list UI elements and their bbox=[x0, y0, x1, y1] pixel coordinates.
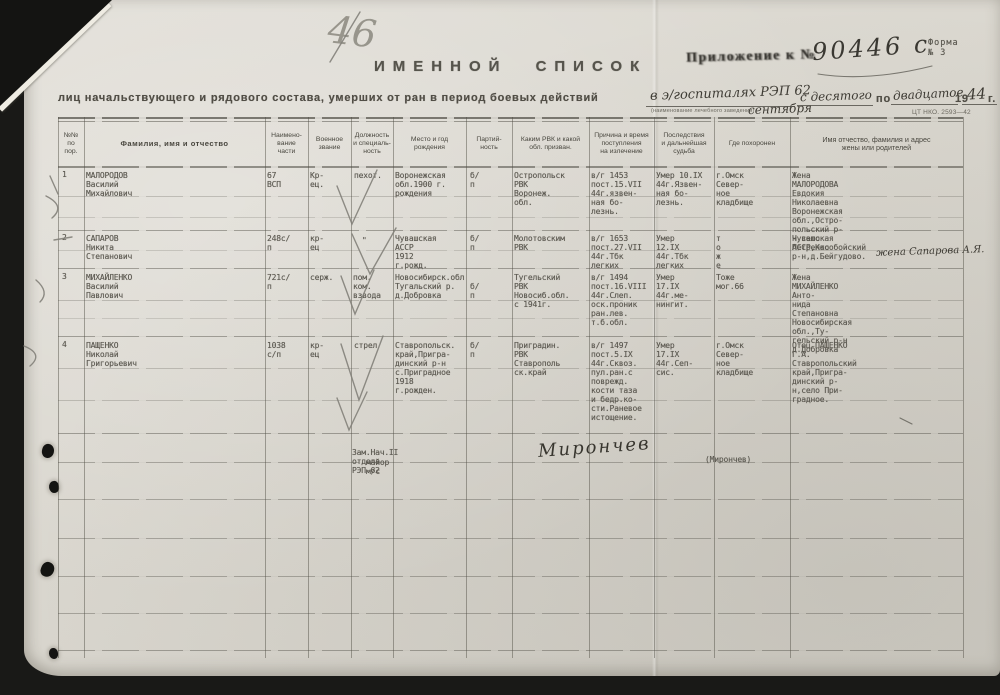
pencil-tick-icon bbox=[50, 176, 58, 194]
pencil-checkmark-icon bbox=[341, 336, 383, 400]
pencil-marks-overlay bbox=[0, 0, 1000, 695]
pencil-dash-icon bbox=[54, 237, 72, 240]
stamp-underline-stroke bbox=[818, 66, 932, 77]
pencil-checkmark-icon bbox=[352, 228, 396, 274]
pencil-squiggle-icon bbox=[36, 280, 44, 302]
scanned-document: 46 Приложение к № 90446 с Форма № 3 ИМЕН… bbox=[0, 0, 1000, 695]
pencil-cross-stroke-icon bbox=[330, 12, 360, 62]
pencil-checkmark-icon bbox=[337, 170, 377, 224]
pencil-checkmark-icon bbox=[337, 392, 367, 430]
pencil-squiggle-icon bbox=[46, 196, 58, 218]
pencil-tick-icon bbox=[900, 418, 912, 424]
pencil-squiggle-icon bbox=[24, 346, 36, 366]
pencil-checkmark-icon bbox=[341, 270, 374, 314]
